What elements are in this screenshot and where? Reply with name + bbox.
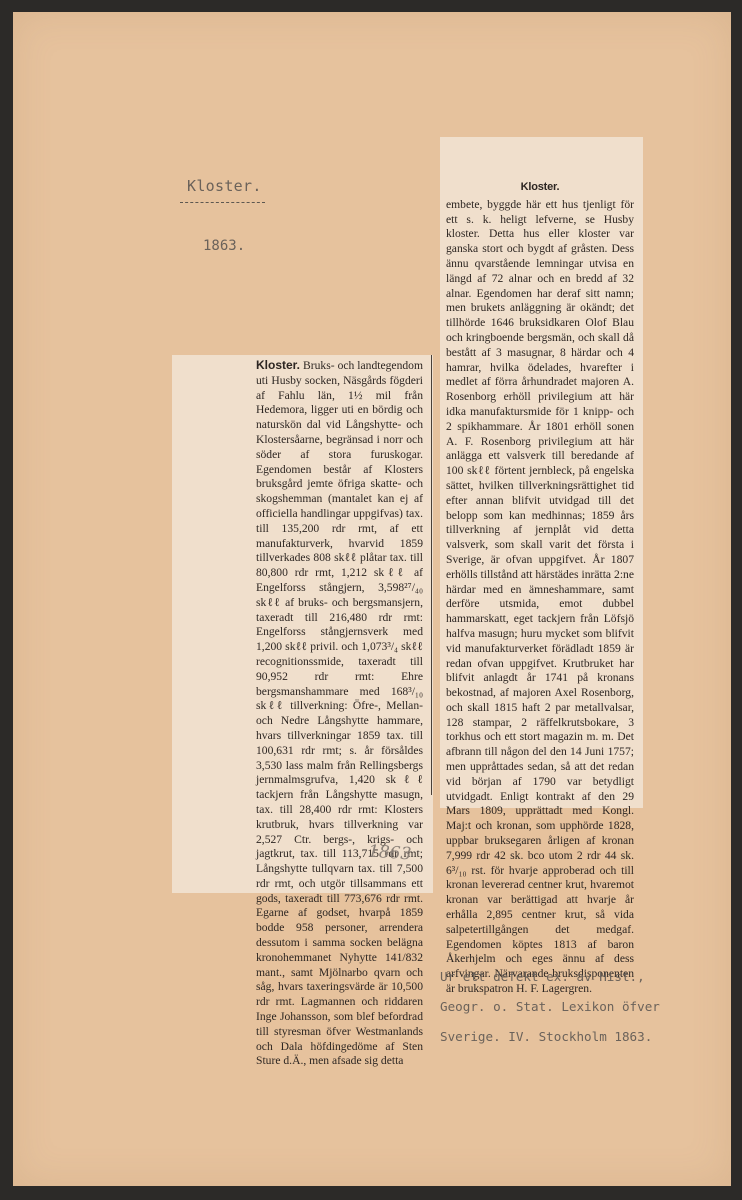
entry-lemma: Kloster.: [256, 358, 300, 372]
source-line: Ur ett defekt ex. av Hist.,: [440, 962, 660, 992]
newspaper-clipping-right: Kloster. embete, byggde här ett hus tjen…: [440, 137, 643, 808]
clipping-left-column: Kloster. Bruks- och landtegendom uti Hus…: [256, 358, 423, 1069]
clipping-right-text: embete, byggde här ett hus tjenligt för …: [446, 198, 634, 997]
entry-text: Bruks- och landtegendom uti Husby socken…: [256, 359, 423, 1067]
source-line: Geogr. o. Stat. Lexikon öfver: [440, 992, 660, 1022]
source-line: Sverige. IV. Stockholm 1863.: [440, 1022, 660, 1052]
typed-year: 1863.: [203, 238, 245, 254]
newspaper-clipping-left: Kloster. Bruks- och landtegendom uti Hus…: [172, 355, 433, 893]
column-divider: [431, 355, 432, 795]
source-note: Ur ett defekt ex. av Hist., Geogr. o. St…: [440, 962, 660, 1052]
heading-underline: [180, 202, 265, 203]
typed-heading: Kloster.: [187, 177, 262, 195]
pencil-annotation: 1863: [367, 842, 412, 865]
clipping-title: Kloster.: [446, 180, 634, 195]
